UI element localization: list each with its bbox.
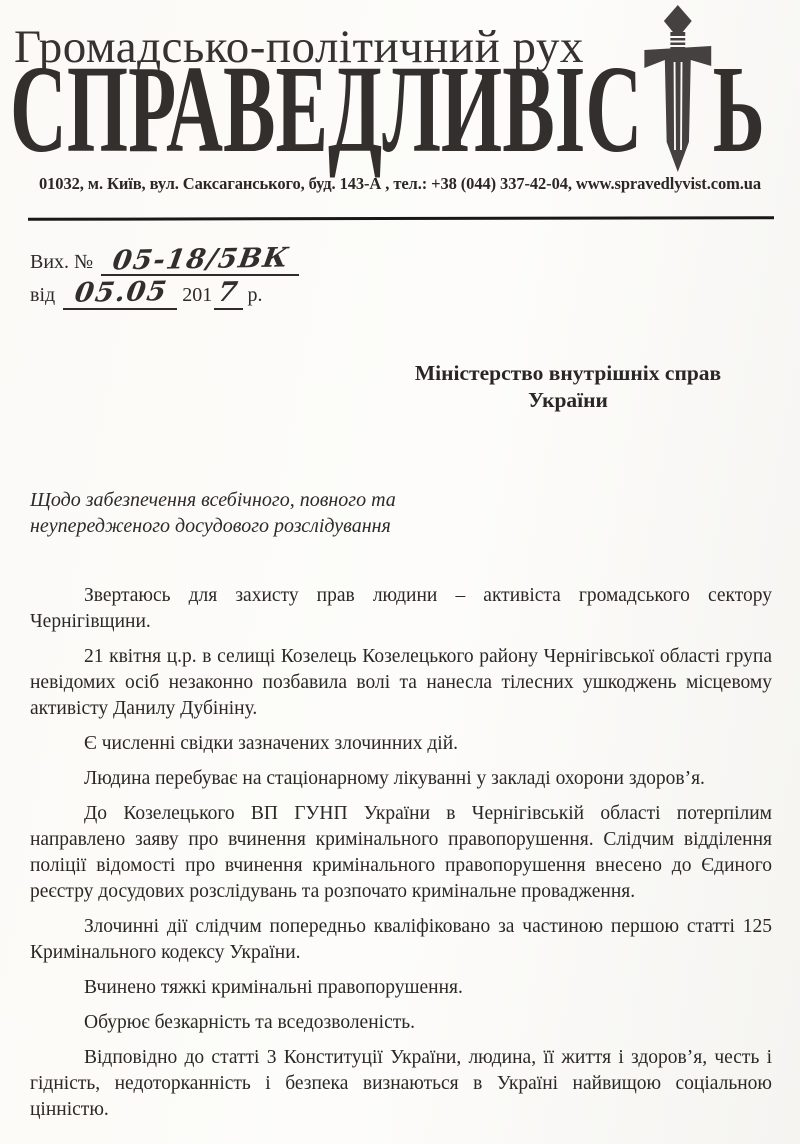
address-line: 01032, м. Київ, вул. Саксаганського, буд… — [0, 174, 800, 194]
letterhead: Громадсько-політичний рух СПРАВЕДЛИВІС Ь — [0, 0, 800, 240]
scanned-letter-page: Громадсько-політичний рух СПРАВЕДЛИВІС Ь — [0, 0, 800, 1144]
subject-line: Щодо забезпечення всебічного, повного та… — [30, 487, 530, 539]
addressee-line1: Міністерство внутрішніх справ — [390, 360, 746, 388]
addressee-line2: України — [390, 387, 746, 415]
addressee-block: Міністерство внутрішніх справ України — [390, 360, 746, 415]
org-name-suffix: Ь — [713, 41, 765, 179]
year-line: 7 — [214, 279, 242, 309]
outgoing-number-row: Вих. №05-18/5ВК — [30, 246, 800, 276]
body-paragraph: 21 квітня ц.р. в селищі Козелець Козелец… — [30, 644, 772, 722]
year-suffix: р. — [248, 284, 263, 306]
body-paragraph: Звертаюсь для захисту прав людини – акти… — [30, 583, 772, 635]
outgoing-number-handwritten: 05-18/5ВК — [111, 244, 292, 275]
date-label: від — [30, 284, 55, 306]
body-paragraph: Злочинні дії слідчим попередньо кваліфік… — [30, 914, 772, 966]
body-paragraph: Є численні свідки зазначених злочинних д… — [30, 731, 772, 757]
date-handwritten: 05.05 — [73, 279, 170, 309]
body-paragraph: Вчинено тяжкі кримінальні правопорушення… — [30, 975, 772, 1001]
date-row: від05.05 2017 р. — [30, 279, 800, 309]
year-printed: 201 — [182, 284, 212, 306]
reference-block: Вих. №05-18/5ВК від05.05 2017 р. — [30, 246, 800, 310]
sword-gap — [642, 150, 713, 151]
letter-body: Звертаюсь для захисту прав людини – акти… — [30, 583, 772, 1123]
body-paragraph: Обурює безкарність та вседозволеність. — [30, 1010, 772, 1036]
year-handwritten: 7 — [216, 279, 241, 308]
org-name-prefix: СПРАВЕДЛИВІС — [10, 41, 642, 179]
outgoing-number-line: 05-18/5ВК — [101, 246, 299, 276]
date-line: 05.05 — [63, 279, 177, 309]
org-name: СПРАВЕДЛИВІС Ь — [10, 48, 765, 173]
body-paragraph: Людина перебуває на стаціонарному лікува… — [30, 766, 772, 792]
body-paragraph: Відповідно до статті 3 Конституції Украї… — [30, 1045, 772, 1123]
letterhead-rule — [28, 216, 774, 221]
outgoing-number-label: Вих. № — [30, 251, 93, 273]
body-paragraph: До Козелецького ВП ГУНП України в Черніг… — [30, 801, 772, 905]
sword-icon — [642, 4, 713, 176]
